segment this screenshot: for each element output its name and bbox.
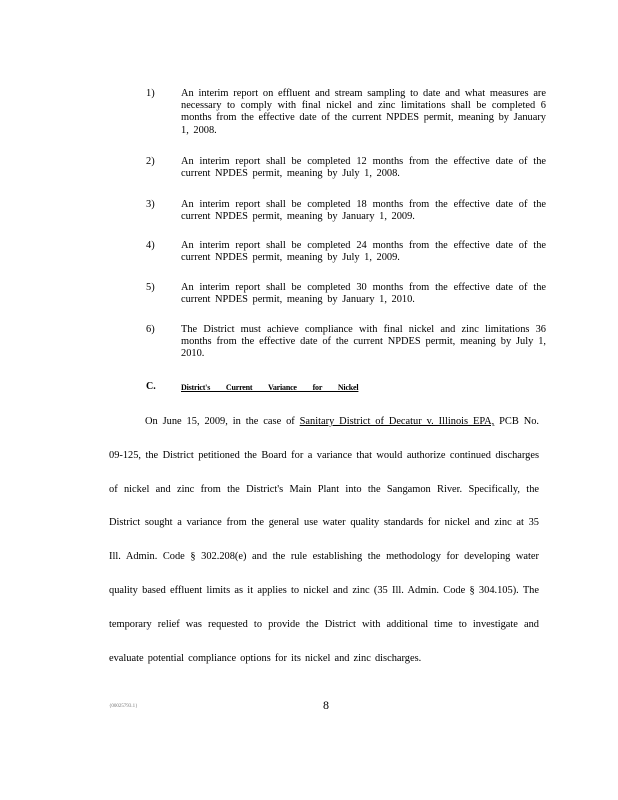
- body-paragraph: On June 15, 2009, in the case of Sanitar…: [109, 405, 539, 675]
- list-text: An interim report shall be completed 12 …: [181, 156, 546, 180]
- document-page: 1) An interim report on effluent and str…: [0, 0, 618, 800]
- list-text: The District must achieve compliance wit…: [181, 324, 546, 361]
- page-number: 8: [323, 698, 329, 713]
- list-number: 5): [146, 282, 176, 294]
- list-text: An interim report on effluent and stream…: [181, 88, 546, 137]
- case-citation: Sanitary District of Decatur v. Illinois…: [300, 416, 495, 427]
- list-text: An interim report shall be completed 30 …: [181, 282, 546, 306]
- body-text-rest: PCB No. 09-125, the District petitioned …: [109, 416, 539, 664]
- list-number: 6): [146, 324, 176, 336]
- list-number: 4): [146, 240, 176, 252]
- list-text: An interim report shall be completed 24 …: [181, 240, 546, 264]
- body-text-intro: On June 15, 2009, in the case of: [145, 416, 300, 427]
- list-number: 2): [146, 156, 176, 168]
- list-number: 1): [146, 88, 176, 100]
- list-number: 3): [146, 199, 176, 211]
- footer-doc-code: {00025793.1}: [109, 704, 138, 709]
- section-title: District's Current Variance for Nickel: [181, 382, 381, 393]
- section-letter: C.: [146, 381, 156, 392]
- list-text: An interim report shall be completed 18 …: [181, 199, 546, 223]
